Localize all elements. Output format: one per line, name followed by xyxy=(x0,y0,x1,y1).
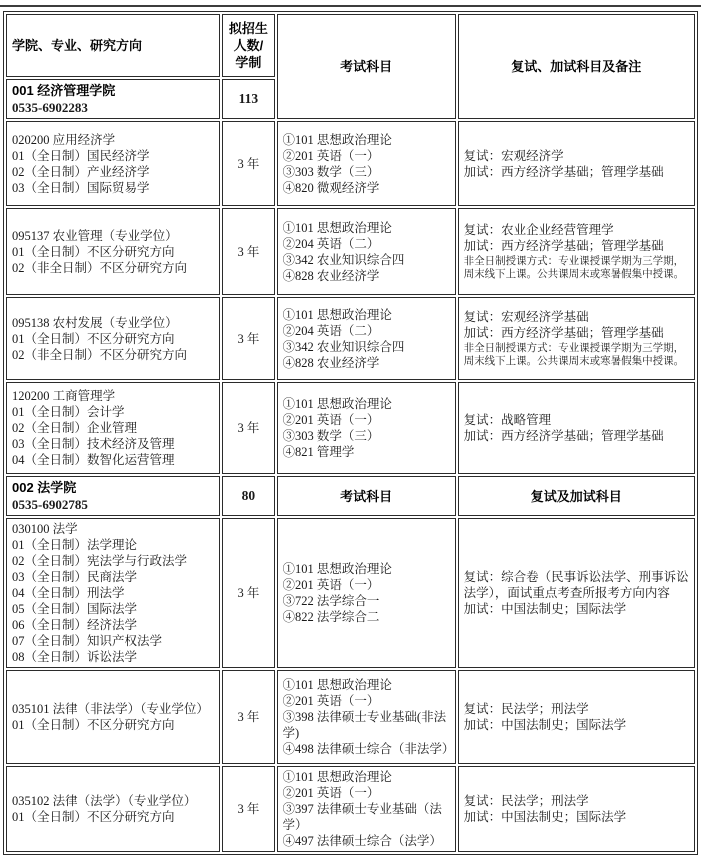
program-row: 095138 农村发展（专业学位） 01（全日制）不区分研究方向 02（非全日制… xyxy=(6,297,695,380)
retest-line: 加试：西方经济学基础；管理学基础 xyxy=(464,164,689,180)
program-row: 120200 工商管理学 01（全日制）会计学 02（全日制）企业管理 03（全… xyxy=(6,382,695,474)
retest-line: 加试：西方经济学基础；管理学基础 xyxy=(464,325,689,341)
duration-cell: 3 年 xyxy=(222,208,274,295)
exam-line: ③303 数学（三） xyxy=(283,428,450,444)
exam-line: ④821 管理学 xyxy=(283,444,450,460)
section-enrollment: 80 xyxy=(222,476,274,516)
exam-line: ①101 思想政治理论 xyxy=(283,769,450,785)
exam-line: ①101 思想政治理论 xyxy=(283,220,450,236)
program-line: 120200 工商管理学 xyxy=(12,388,214,404)
retest-line: 加试：西方经济学基础；管理学基础 xyxy=(464,238,689,254)
exam-line: ①101 思想政治理论 xyxy=(283,132,450,148)
exam-line: ②201 英语（一） xyxy=(283,785,450,801)
exam-line: ③342 农业知识综合四 xyxy=(283,252,450,268)
header-college-major: 学院、专业、研究方向 xyxy=(6,14,220,77)
header-enrollment-line: 拟招生 xyxy=(228,20,268,37)
exam-subjects-cell: ①101 思想政治理论 ②204 英语（二） ③342 农业知识综合四 ④828… xyxy=(277,297,456,380)
duration-cell: 3 年 xyxy=(222,518,274,668)
exam-line: ④498 法律硕士综合（非法学） xyxy=(283,741,450,757)
section-row-002: 002 法学院 0535-6902785 80 考试科目 复试及加试科目 xyxy=(6,476,695,516)
exam-line: ④828 农业经济学 xyxy=(283,355,450,371)
exam-line: ①101 思想政治理论 xyxy=(283,677,450,693)
program-line: 01（全日制）不区分研究方向 xyxy=(12,717,214,733)
retest-cell: 复试：宏观经济学基础 加试：西方经济学基础；管理学基础 非全日制授课方式：专业课… xyxy=(458,297,695,380)
schedule-note: 非全日制授课方式：专业课授课学期为三学期，周末线下上课。公共课周末或寒暑假集中授… xyxy=(464,342,689,369)
program-line: 01（全日制）会计学 xyxy=(12,404,214,420)
retest-line: 加试：中国法制史；国际法学 xyxy=(464,809,689,825)
exam-line: ③722 法学综合一 xyxy=(283,593,450,609)
exam-subjects-cell: ①101 思想政治理论 ②201 英语（一） ③397 法律硕士专业基础（法学）… xyxy=(277,766,456,852)
program-line: 06（全日制）经济法学 xyxy=(12,617,214,633)
retest-line: 加试：中国法制史；国际法学 xyxy=(464,717,689,733)
retest-line: 复试：民法学；刑法学 xyxy=(464,793,689,809)
header-enrollment-line: 学制 xyxy=(228,54,268,71)
exam-line: ②201 英语（一） xyxy=(283,577,450,593)
program-line: 01（全日制）不区分研究方向 xyxy=(12,809,214,825)
program-line: 04（全日制）刑法学 xyxy=(12,585,214,601)
program-cell: 020200 应用经济学 01（全日制）国民经济学 02（全日制）产业经济学 0… xyxy=(6,121,220,206)
header-enrollment-line: 人数/ xyxy=(228,37,268,54)
program-line: 01（全日制）国民经济学 xyxy=(12,148,214,164)
section-title-cell: 002 法学院 0535-6902785 xyxy=(6,476,220,516)
program-row: 030100 法学 01（全日制）法学理论 02（全日制）宪法学与行政法学 03… xyxy=(6,518,695,668)
exam-line: ①101 思想政治理论 xyxy=(283,396,450,412)
duration-cell: 3 年 xyxy=(222,670,274,764)
top-divider-rule xyxy=(0,5,701,7)
program-line: 05（全日制）国际法学 xyxy=(12,601,214,617)
program-line: 02（全日制）宪法学与行政法学 xyxy=(12,553,214,569)
program-line: 03（全日制）民商法学 xyxy=(12,569,214,585)
exam-line: ②204 英语（二） xyxy=(283,236,450,252)
retest-line: 复试：宏观经济学基础 xyxy=(464,309,689,325)
program-cell: 120200 工商管理学 01（全日制）会计学 02（全日制）企业管理 03（全… xyxy=(6,382,220,474)
program-cell: 095138 农村发展（专业学位） 01（全日制）不区分研究方向 02（非全日制… xyxy=(6,297,220,380)
retest-line: 复试：农业企业经营管理学 xyxy=(464,222,689,238)
exam-subjects-cell: ①101 思想政治理论 ②201 英语（一） ③398 法律硕士专业基础(非法学… xyxy=(277,670,456,764)
program-line: 03（全日制）技术经济及管理 xyxy=(12,436,214,452)
program-line: 01（全日制）不区分研究方向 xyxy=(12,331,214,347)
exam-line: ③342 农业知识综合四 xyxy=(283,339,450,355)
section-title: 002 法学院 xyxy=(12,479,214,496)
retest-cell: 复试：综合卷（民事诉讼法学、刑事诉讼法学），面试重点考查所报考方向内容 加试：中… xyxy=(458,518,695,668)
program-line: 02（全日制）企业管理 xyxy=(12,420,214,436)
admissions-table: 学院、专业、研究方向 拟招生 人数/ 学制 考试科目 复试、加试科目及备注 00… xyxy=(3,11,698,855)
section-retest-header: 复试及加试科目 xyxy=(458,476,695,516)
exam-subjects-cell: ①101 思想政治理论 ②204 英语（二） ③342 农业知识综合四 ④828… xyxy=(277,208,456,295)
program-line: 04（全日制）数智化运营管理 xyxy=(12,452,214,468)
exam-line: ④828 农业经济学 xyxy=(283,268,450,284)
exam-line: ③397 法律硕士专业基础（法学） xyxy=(283,801,450,833)
program-line: 02（非全日制）不区分研究方向 xyxy=(12,260,214,276)
program-line: 02（非全日制）不区分研究方向 xyxy=(12,347,214,363)
header-enrollment: 拟招生 人数/ 学制 xyxy=(222,14,274,77)
exam-line: ②204 英语（二） xyxy=(283,323,450,339)
schedule-note: 非全日制授课方式：专业课授课学期为三学期，周末线下上课。公共课周末或寒暑假集中授… xyxy=(464,255,689,282)
retest-line: 加试：西方经济学基础；管理学基础 xyxy=(464,428,689,444)
retest-line: 加试：中国法制史；国际法学 xyxy=(464,601,689,617)
program-row: 035101 法律（非法学）（专业学位） 01（全日制）不区分研究方向 3 年 … xyxy=(6,670,695,764)
program-line: 095137 农业管理（专业学位） xyxy=(12,228,214,244)
section-phone: 0535-6902785 xyxy=(12,496,214,513)
exam-line: ②201 英语（一） xyxy=(283,412,450,428)
table-header-row: 学院、专业、研究方向 拟招生 人数/ 学制 考试科目 复试、加试科目及备注 xyxy=(6,14,695,77)
section-phone: 0535-6902283 xyxy=(12,99,214,116)
program-line: 035102 法律（法学）（专业学位） xyxy=(12,793,214,809)
program-row: 020200 应用经济学 01（全日制）国民经济学 02（全日制）产业经济学 0… xyxy=(6,121,695,206)
program-line: 035101 法律（非法学）（专业学位） xyxy=(12,701,214,717)
program-row: 095137 农业管理（专业学位） 01（全日制）不区分研究方向 02（非全日制… xyxy=(6,208,695,295)
program-line: 03（全日制）国际贸易学 xyxy=(12,180,214,196)
duration-cell: 3 年 xyxy=(222,766,274,852)
section-enrollment: 113 xyxy=(222,79,274,119)
program-line: 020200 应用经济学 xyxy=(12,132,214,148)
program-row: 035102 法律（法学）（专业学位） 01（全日制）不区分研究方向 3 年 ①… xyxy=(6,766,695,852)
retest-cell: 复试：农业企业经营管理学 加试：西方经济学基础；管理学基础 非全日制授课方式：专… xyxy=(458,208,695,295)
retest-line: 复试：综合卷（民事诉讼法学、刑事诉讼法学），面试重点考查所报考方向内容 xyxy=(464,569,689,601)
exam-line: ②201 英语（一） xyxy=(283,148,450,164)
exam-subjects-cell: ①101 思想政治理论 ②201 英语（一） ③722 法学综合一 ④822 法… xyxy=(277,518,456,668)
section-title: 001 经济管理学院 xyxy=(12,82,214,99)
duration-cell: 3 年 xyxy=(222,382,274,474)
retest-cell: 复试：战略管理 加试：西方经济学基础；管理学基础 xyxy=(458,382,695,474)
exam-line: ④820 微观经济学 xyxy=(283,180,450,196)
exam-line: ③398 法律硕士专业基础(非法学) xyxy=(283,709,450,741)
program-line: 01（全日制）法学理论 xyxy=(12,537,214,553)
exam-subjects-cell: ①101 思想政治理论 ②201 英语（一） ③303 数学（三） ④820 微… xyxy=(277,121,456,206)
retest-line: 复试：战略管理 xyxy=(464,412,689,428)
exam-line: ①101 思想政治理论 xyxy=(283,307,450,323)
exam-line: ①101 思想政治理论 xyxy=(283,561,450,577)
duration-cell: 3 年 xyxy=(222,297,274,380)
exam-line: ④497 法律硕士综合（法学） xyxy=(283,833,450,849)
program-line: 01（全日制）不区分研究方向 xyxy=(12,244,214,260)
program-line: 02（全日制）产业经济学 xyxy=(12,164,214,180)
retest-cell: 复试：民法学；刑法学 加试：中国法制史；国际法学 xyxy=(458,766,695,852)
exam-subjects-cell: ①101 思想政治理论 ②201 英语（一） ③303 数学（三） ④821 管… xyxy=(277,382,456,474)
program-cell: 035102 法律（法学）（专业学位） 01（全日制）不区分研究方向 xyxy=(6,766,220,852)
exam-line: ③303 数学（三） xyxy=(283,164,450,180)
retest-cell: 复试：民法学；刑法学 加试：中国法制史；国际法学 xyxy=(458,670,695,764)
program-line: 095138 农村发展（专业学位） xyxy=(12,315,214,331)
retest-line: 复试：宏观经济学 xyxy=(464,148,689,164)
program-cell: 030100 法学 01（全日制）法学理论 02（全日制）宪法学与行政法学 03… xyxy=(6,518,220,668)
retest-cell: 复试：宏观经济学 加试：西方经济学基础；管理学基础 xyxy=(458,121,695,206)
program-line: 08（全日制）诉讼法学 xyxy=(12,649,214,665)
duration-cell: 3 年 xyxy=(222,121,274,206)
exam-line: ④822 法学综合二 xyxy=(283,609,450,625)
program-cell: 035101 法律（非法学）（专业学位） 01（全日制）不区分研究方向 xyxy=(6,670,220,764)
program-cell: 095137 农业管理（专业学位） 01（全日制）不区分研究方向 02（非全日制… xyxy=(6,208,220,295)
header-exam-subjects: 考试科目 xyxy=(277,14,456,119)
retest-line: 复试：民法学；刑法学 xyxy=(464,701,689,717)
exam-line: ②201 英语（一） xyxy=(283,693,450,709)
section-title-cell: 001 经济管理学院 0535-6902283 xyxy=(6,79,220,119)
program-line: 030100 法学 xyxy=(12,521,214,537)
program-line: 07（全日制）知识产权法学 xyxy=(12,633,214,649)
header-retest-subjects: 复试、加试科目及备注 xyxy=(458,14,695,119)
section-exam-header: 考试科目 xyxy=(277,476,456,516)
